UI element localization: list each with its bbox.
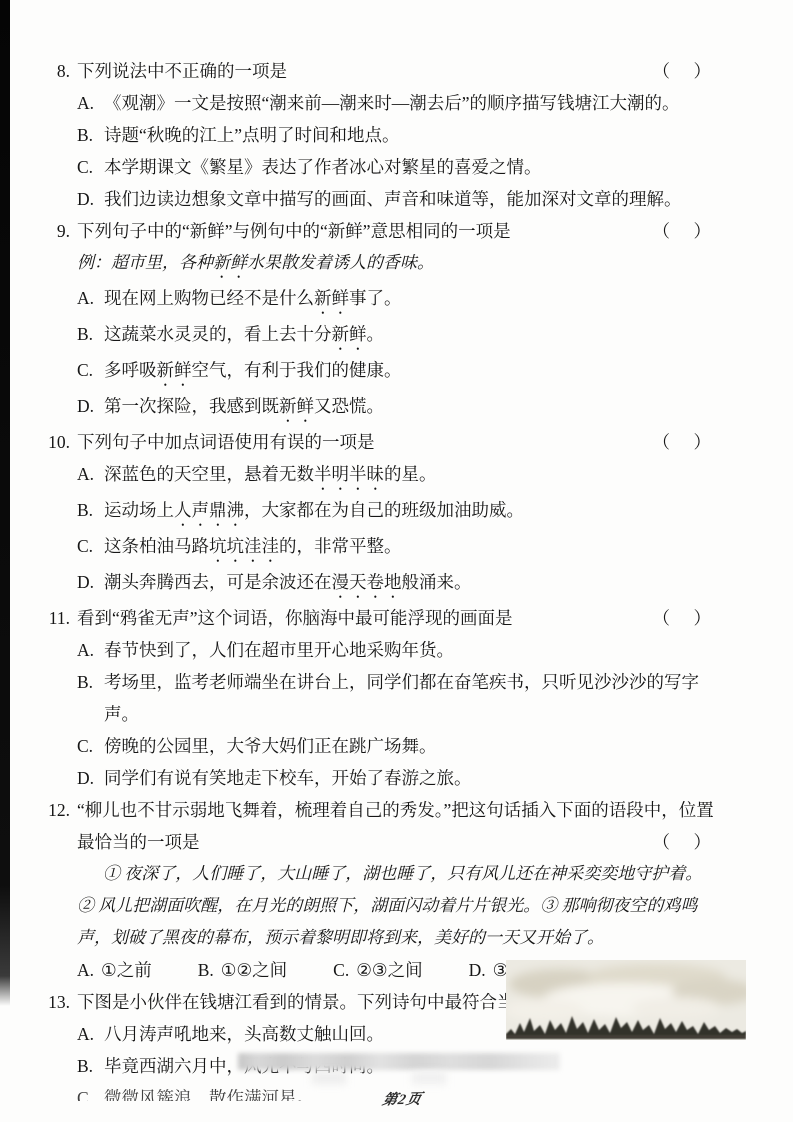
question-number: 10. [46, 426, 70, 458]
option-text: 这条柏油马路坑坑洼洼的，非常平整。 [104, 530, 714, 566]
text-run: 《观潮》一文是按照“潮来前—潮来时—潮去后”的顺序描写钱塘江大潮的。 [104, 93, 680, 113]
text-run: 同学们有说有笑地走下校车，开始了春游之旅。 [104, 768, 472, 788]
option-label: C. [77, 354, 104, 390]
answer-bracket: （ ） [653, 55, 715, 87]
option-text: 这蔬菜水灵灵的，看上去十分新鲜。 [104, 318, 714, 354]
option-label: C. [77, 530, 104, 566]
question-number: 12. [46, 794, 70, 826]
question-stem-row: 12.“柳儿也不甘示弱地飞舞着，梳理着自己的秀发。”把这句话插入下面的语段中，位… [46, 794, 714, 858]
option-10-D: D.潮头奔腾西去，可是余波还在漫天卷地般涌来。 [46, 566, 714, 602]
text-run: 八月涛声吼地来，头高数丈触山回。 [104, 1024, 384, 1044]
emphasis-word: 半明半昧 [314, 464, 384, 484]
option-10-C: C.这条柏油马路坑坑洼洼的，非常平整。 [46, 530, 714, 566]
text-run: 例：超市里，各种 [77, 253, 213, 272]
option-label: B. [77, 1050, 104, 1082]
text-run: 潮头奔腾西去，可是余波还在 [104, 572, 332, 592]
question-9: 9.下列句子中的“新鲜”与例句中的“新鲜”意思相同的一项是（ ）例：超市里，各种… [46, 215, 714, 426]
question-stem: 看到“鸦雀无声”这个词语，你脑海中最可能浮现的画面是 [77, 608, 513, 628]
option-label: D. [77, 762, 104, 794]
option-text: 傍晚的公园里，大爷大妈们正在跳广场舞。 [104, 730, 714, 762]
example-sentence: 例：超市里，各种新鲜水果散发着诱人的香味。 [46, 247, 714, 282]
text-run: 般涌来。 [402, 572, 472, 592]
scan-smudge [312, 1072, 346, 1084]
option-label: B. [77, 119, 104, 151]
option-12-B: B.①②之间 [198, 954, 287, 986]
option-13-C: C.微微风簇浪，散作满河星。 [46, 1082, 714, 1101]
text-run: 我们边读边想象文章中描写的画面、声音和味道等，能加深对文章的理解。 [104, 189, 682, 209]
emphasis-word: 漫天卷地 [332, 572, 402, 592]
option-label: D. [469, 960, 486, 980]
question-11: 11.看到“鸦雀无声”这个词语，你脑海中最可能浮现的画面是（ ）A.春节快到了，… [46, 602, 714, 794]
option-label: B. [198, 960, 214, 980]
emphasis-word: 新鲜 [157, 360, 192, 380]
text-run: 运动场上 [104, 500, 174, 520]
option-label: A. [77, 634, 104, 666]
question-8: 8.下列说法中不正确的一项是（ ）A.《观潮》一文是按照“潮来前—潮来时—潮去后… [46, 55, 714, 215]
option-label: B. [77, 318, 104, 354]
text-run: 第一次探险，我感到既 [104, 396, 279, 416]
option-8-C: C.本学期课文《繁星》表达了作者冰心对繁星的喜爱之情。 [46, 151, 714, 183]
option-label: A. [77, 87, 104, 119]
option-9-A: A.现在网上购物已经不是什么新鲜事了。 [46, 282, 714, 318]
emphasis-word: 新鲜 [213, 253, 247, 272]
question-stem-row: 9.下列句子中的“新鲜”与例句中的“新鲜”意思相同的一项是（ ） [46, 215, 714, 247]
questions: 8.下列说法中不正确的一项是（ ）A.《观潮》一文是按照“潮来前—潮来时—潮去后… [46, 55, 714, 1101]
option-text: 考场里，监考老师端坐在讲台上，同学们都在奋笔疾书，只听见沙沙沙的写字声。 [104, 666, 714, 730]
photo-clouds [506, 964, 746, 1022]
emphasis-word: 新鲜 [314, 288, 349, 308]
answer-bracket: （ ） [653, 215, 715, 247]
option-10-A: A.深蓝色的天空里，悬着无数半明半昧的星。 [46, 458, 714, 494]
emphasis-word: 人声鼎沸 [174, 500, 244, 520]
option-text: 诗题“秋晚的江上”点明了时间和地点。 [104, 119, 714, 151]
option-label: C. [77, 730, 104, 762]
text-run: 深蓝色的天空里，悬着无数 [104, 464, 314, 484]
text-run: 诗题“秋晚的江上”点明了时间和地点。 [104, 125, 400, 145]
text-run: 现在网上购物已经不是什么 [104, 288, 314, 308]
option-12-A: A.①之前 [77, 954, 152, 986]
question-stem-row: 8.下列说法中不正确的一项是（ ） [46, 55, 714, 87]
option-12-C: C.②③之间 [333, 954, 422, 986]
emphasis-word: 新鲜 [332, 324, 367, 344]
option-text: 同学们有说有笑地走下校车，开始了春游之旅。 [104, 762, 714, 794]
option-text: 我们边读边想象文章中描写的画面、声音和味道等，能加深对文章的理解。 [104, 183, 714, 215]
question-10: 10.下列句子中加点词语使用有误的一项是（ ）A.深蓝色的天空里，悬着无数半明半… [46, 426, 714, 602]
question-number: 8. [46, 55, 70, 87]
option-label: D. [77, 183, 104, 215]
question-stem: 下列说法中不正确的一项是 [77, 61, 287, 81]
answer-bracket: （ ） [653, 602, 715, 634]
scan-edge-artifact [0, 0, 10, 1006]
text-run: 微微风簇浪，散作满河星。 [104, 1088, 314, 1101]
emphasis-word: 坑坑洼洼 [209, 536, 279, 556]
text-run: 傍晚的公园里，大爷大妈们正在跳广场舞。 [104, 736, 437, 756]
option-label: A. [77, 1018, 104, 1050]
text-run: 水果散发着诱人的香味。 [247, 253, 434, 272]
option-11-B: B.考场里，监考老师端坐在讲台上，同学们都在奋笔疾书，只听见沙沙沙的写字声。 [46, 666, 714, 730]
emphasis-word: 新鲜 [279, 396, 314, 416]
option-8-B: B.诗题“秋晚的江上”点明了时间和地点。 [46, 119, 714, 151]
option-text: ①之前 [101, 960, 152, 980]
option-label: A. [77, 282, 104, 318]
question-number: 9. [46, 215, 70, 247]
question-number: 13. [46, 986, 70, 1018]
passage-text: ① 夜深了，人们睡了，大山睡了，湖也睡了，只有风儿还在神采奕奕地守护着。② 风儿… [46, 858, 714, 954]
text-run: 多呼吸 [104, 360, 157, 380]
option-text: 第一次探险，我感到既新鲜又恐慌。 [104, 390, 714, 426]
option-label: C. [333, 960, 349, 980]
option-label: B. [77, 666, 104, 730]
option-text: ②③之间 [356, 960, 422, 980]
option-text: 本学期课文《繁星》表达了作者冰心对繁星的喜爱之情。 [104, 151, 714, 183]
option-8-D: D.我们边读边想象文章中描写的画面、声音和味道等，能加深对文章的理解。 [46, 183, 714, 215]
text-run: 又恐慌。 [314, 396, 384, 416]
option-9-B: B.这蔬菜水灵灵的，看上去十分新鲜。 [46, 318, 714, 354]
question-stem: “柳儿也不甘示弱地飞舞着，梳理着自己的秀发。”把这句话插入下面的语段中，位置最恰… [77, 800, 714, 852]
option-11-D: D.同学们有说有笑地走下校车，开始了春游之旅。 [46, 762, 714, 794]
option-text: 运动场上人声鼎沸，大家都在为自己的班级加油助威。 [104, 494, 714, 530]
option-label: A. [77, 960, 94, 980]
text-run: 本学期课文《繁星》表达了作者冰心对繁星的喜爱之情。 [104, 157, 542, 177]
option-text: ①②之间 [221, 960, 287, 980]
option-11-C: C.傍晚的公园里，大爷大妈们正在跳广场舞。 [46, 730, 714, 762]
option-10-B: B.运动场上人声鼎沸，大家都在为自己的班级加油助威。 [46, 494, 714, 530]
option-label: D. [77, 566, 104, 602]
option-text: 《观潮》一文是按照“潮来前—潮来时—潮去后”的顺序描写钱塘江大潮的。 [104, 87, 714, 119]
option-label: A. [77, 458, 104, 494]
text-run: 这条柏油马路 [104, 536, 209, 556]
text-run: 空气，有利于我们的健康。 [192, 360, 402, 380]
text-run: ，大家都在为自己的班级加油助威。 [244, 500, 524, 520]
question-stem-row: 11.看到“鸦雀无声”这个词语，你脑海中最可能浮现的画面是（ ） [46, 602, 714, 634]
option-11-A: A.春节快到了，人们在超市里开心地采购年货。 [46, 634, 714, 666]
question-number: 11. [46, 602, 70, 634]
question-stem: 下列句子中加点词语使用有误的一项是 [77, 432, 375, 452]
answer-bracket: （ ） [653, 426, 715, 458]
text-run: 。 [367, 324, 385, 344]
scan-smudge [412, 1072, 446, 1084]
option-text: 春节快到了，人们在超市里开心地采购年货。 [104, 634, 714, 666]
option-label: C. [77, 1082, 104, 1101]
question-stem-row: 10.下列句子中加点词语使用有误的一项是（ ） [46, 426, 714, 458]
option-text: 现在网上购物已经不是什么新鲜事了。 [104, 282, 714, 318]
text-run: 的，非常平整。 [279, 536, 402, 556]
text-run: 的星。 [384, 464, 437, 484]
text-run: 这蔬菜水灵灵的，看上去十分 [104, 324, 332, 344]
text-run: 考场里，监考老师端坐在讲台上，同学们都在奋笔疾书，只听见沙沙沙的写字声。 [104, 672, 699, 724]
question-stem: 下列句子中的“新鲜”与例句中的“新鲜”意思相同的一项是 [77, 221, 511, 241]
option-9-D: D.第一次探险，我感到既新鲜又恐慌。 [46, 390, 714, 426]
page-footer: 第2页 [380, 1088, 424, 1110]
watermark-blur [238, 1053, 560, 1070]
option-label: D. [77, 390, 104, 426]
option-label: C. [77, 151, 104, 183]
option-9-C: C.多呼吸新鲜空气，有利于我们的健康。 [46, 354, 714, 390]
option-text: 多呼吸新鲜空气，有利于我们的健康。 [104, 354, 714, 390]
text-run: 春节快到了，人们在超市里开心地采购年货。 [104, 640, 454, 660]
text-run: 事了。 [349, 288, 402, 308]
question-12: 12.“柳儿也不甘示弱地飞舞着，梳理着自己的秀发。”把这句话插入下面的语段中，位… [46, 794, 714, 986]
option-8-A: A.《观潮》一文是按照“潮来前—潮来时—潮去后”的顺序描写钱塘江大潮的。 [46, 87, 714, 119]
qiantang-tide-photo [506, 960, 746, 1040]
option-text: 潮头奔腾西去，可是余波还在漫天卷地般涌来。 [104, 566, 714, 602]
option-label: B. [77, 494, 104, 530]
answer-bracket: （ ） [653, 826, 715, 858]
option-text: 深蓝色的天空里，悬着无数半明半昧的星。 [104, 458, 714, 494]
